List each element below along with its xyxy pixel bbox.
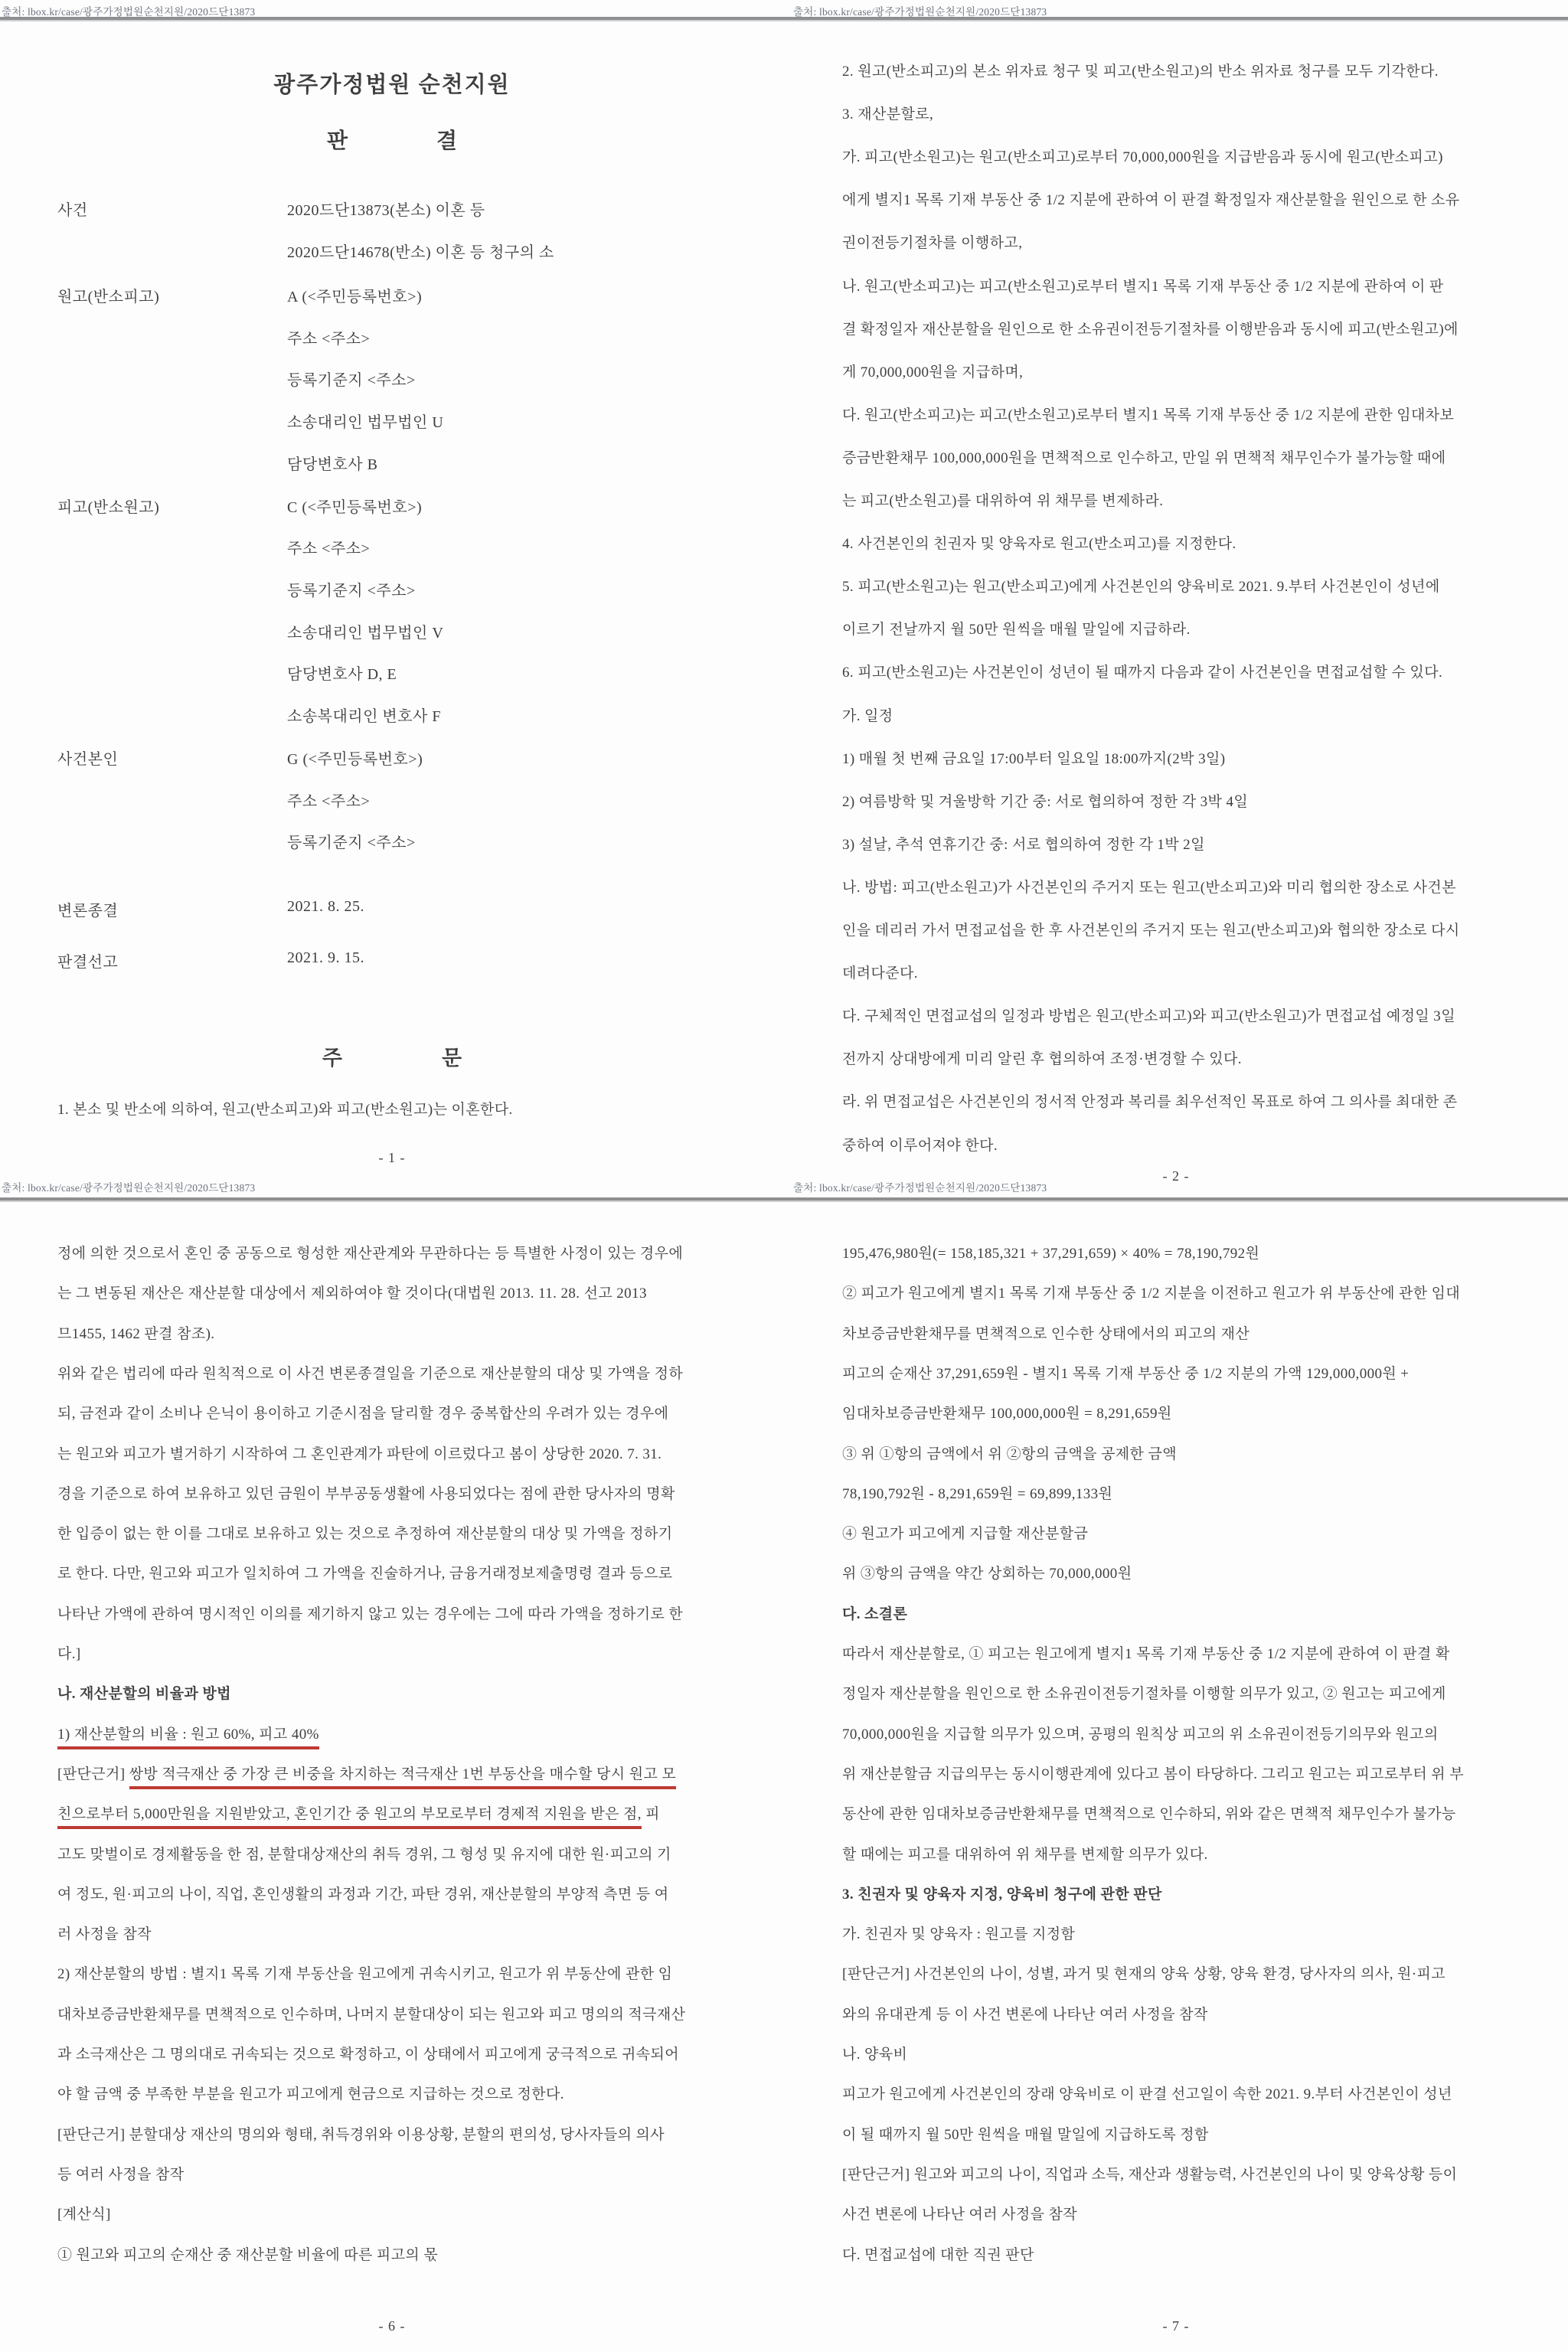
text-segment: 2) 재산분할의 방법 : 별지1 목록 기재 부동산을 원고에게 귀속시키고,… [57,1966,672,1982]
page-6-line-17: 여 정도, 원·피고의 나이, 직업, 혼인생활의 과정과 기간, 파탄 경위,… [57,1883,668,1903]
text-segment: ③ 위 ①항의 금액에서 위 ②항의 금액을 공제한 금액 [842,1446,1177,1462]
text-segment: [판단근거] 분할대상 재산의 명의와 형태, 취득경위와 이용상황, 분할의 … [57,2127,665,2143]
page-6-line-9: 로 한다. 다만, 원고와 피고가 일치하여 그 가액을 진술하거나, 금융거래… [57,1562,673,1583]
page-7-line-2: ② 피고가 원고에게 별지1 목록 기재 부동산 중 1/2 지분을 이전하고 … [842,1282,1460,1302]
page-6-line-15: 친으로부터 5,000만원을 지원받았고, 혼인기간 중 원고의 부모로부터 경… [57,1802,660,1823]
page-7-line-12: 정일자 재산분할을 원인으로 한 소유권이전등기절차를 이행할 의무가 있고, … [842,1682,1446,1703]
text-segment: 경을 기준으로 하여 보유하고 있던 금원이 부부공동생활에 사용되었다는 점에… [57,1486,675,1502]
page-7-line-4: 피고의 순재산 37,291,659원 - 별지1 목록 기재 부동산 중 1/… [842,1362,1409,1383]
page-number-6: - 6 - [0,2318,784,2334]
page-6-line-12: 나. 재산분할의 비율과 방법 [57,1682,231,1703]
page-6-line-7: 경을 기준으로 하여 보유하고 있던 금원이 부부공동생활에 사용되었다는 점에… [57,1482,675,1503]
text-segment: 3. 친권자 및 양육자 지정, 양육비 청구에 관한 판단 [842,1886,1162,1903]
text-segment: 피 [642,1806,660,1822]
page-7-line-5: 임대차보증금반환채무 100,000,000원 = 8,291,659원 [842,1402,1172,1423]
page-6-line-10: 나타난 가액에 관하여 명시적인 이의를 제기하지 않고 있는 경우에는 그에 … [57,1602,683,1623]
page-6-line-11: 다.] [57,1642,81,1663]
page-6-line-22: 야 할 금액 중 부족한 부분을 원고가 피고에게 현금으로 지급하는 것으로 … [57,2082,564,2103]
text-segment: [판단근거] 사건본인의 나이, 성별, 과거 및 현재의 양육 상황, 양육 … [842,1966,1445,1982]
page-6-line-23: [판단근거] 분할대상 재산의 명의와 형태, 취득경위와 이용상황, 분할의 … [57,2123,665,2144]
page-7-line-14: 위 재산분할금 지급의무는 동시이행관계에 있다고 봄이 타당하다. 그리고 원… [842,1762,1464,1783]
page-6-line-4: 위와 같은 법리에 따라 원칙적으로 이 사건 변론종결일을 기준으로 재산분할… [57,1362,683,1383]
text-segment: 나. 재산분할의 비율과 방법 [57,1686,231,1702]
text-segment: ④ 원고가 피고에게 지급할 재산분할금 [842,1526,1088,1542]
page-7-line-19: [판단근거] 사건본인의 나이, 성별, 과거 및 현재의 양육 상황, 양육 … [842,1962,1445,1983]
page-6-line-21: 과 소극재산은 그 명의대로 귀속되는 것으로 확정하고, 이 상태에서 피고에… [57,2043,679,2063]
page-7-line-26: 다. 면접교섭에 대한 직권 판단 [842,2243,1034,2264]
text-segment: 사건 변론에 나타난 여러 사정을 참작 [842,2207,1077,2223]
text-segment: [판단근거] 원고와 피고의 나이, 직업과 소득, 재산과 생활능력, 사건본… [842,2167,1457,2183]
text-segment: 과 소극재산은 그 명의대로 귀속되는 것으로 확정하고, 이 상태에서 피고에… [57,2047,679,2063]
text-segment: 위와 같은 법리에 따라 원칙적으로 이 사건 변론종결일을 기준으로 재산분할… [57,1366,683,1382]
page-6-line-26: ① 원고와 피고의 순재산 중 재산분할 비율에 따른 피고의 몫 [57,2243,438,2264]
text-segment: 다. 면접교섭에 대한 직권 판단 [842,2247,1034,2263]
text-segment: 다.] [57,1646,81,1662]
page-6-line-25: [계산식] [57,2203,111,2223]
page-6-line-1: 정에 의한 것으로서 혼인 중 공동으로 형성한 재산관계와 무관하다는 등 특… [57,1242,683,1263]
text-segment: 여 정도, 원·피고의 나이, 직업, 혼인생활의 과정과 기간, 파탄 경위,… [57,1886,668,1903]
text-segment: 고도 맞벌이로 경제활동을 한 점, 분할대상재산의 취득 경위, 그 형성 및… [57,1847,671,1863]
page-7-line-17: 3. 친권자 및 양육자 지정, 양육비 청구에 관한 판단 [842,1883,1162,1903]
page-number-7: - 7 - [784,2318,1568,2334]
page-7: 195,476,980원(= 158,185,321 + 37,291,659)… [784,0,1568,2352]
red-underline-highlight: 쌍방 적극재산 중 가장 큰 비중을 차지하는 적극재산 1번 부동산을 매수할… [129,1766,677,1789]
text-segment: [계산식] [57,2207,111,2223]
text-segment: 나타난 가액에 관하여 명시적인 이의를 제기하지 않고 있는 경우에는 그에 … [57,1606,683,1622]
page-7-line-15: 동산에 관한 임대차보증금반환채무를 면책적으로 인수하되, 위와 같은 면책적… [842,1802,1456,1823]
text-segment: 등 여러 사정을 참작 [57,2167,184,2183]
text-segment: 대차보증금반환채무를 면책적으로 인수하며, 나머지 분할대상이 되는 원고와 … [57,2007,685,2023]
text-segment: 70,000,000원을 지급할 의무가 있으며, 공평의 원칙상 피고의 위 … [842,1726,1439,1743]
page-6-line-20: 대차보증금반환채무를 면책적으로 인수하며, 나머지 분할대상이 되는 원고와 … [57,2003,685,2024]
page-6-line-5: 되, 금전과 같이 소비나 은닉이 용이하고 기준시점을 달리할 경우 중복합산… [57,1402,668,1423]
text-segment: 가. 친권자 및 양육자 : 원고를 지정함 [842,1926,1075,1942]
page-6: 정에 의한 것으로서 혼인 중 공동으로 형성한 재산관계와 무관하다는 등 특… [0,0,784,2352]
text-segment: 와의 유대관계 등 이 사건 변론에 나타난 여러 사정을 참작 [842,2007,1208,2023]
text-segment: 위 ③항의 금액을 약간 상회하는 70,000,000원 [842,1566,1132,1582]
page-6-line-24: 등 여러 사정을 참작 [57,2163,184,2184]
red-underline-highlight: 친으로부터 5,000만원을 지원받았고, 혼인기간 중 원고의 부모로부터 경… [57,1806,642,1829]
text-segment: 정에 의한 것으로서 혼인 중 공동으로 형성한 재산관계와 무관하다는 등 특… [57,1246,683,1262]
page-7-line-9: 위 ③항의 금액을 약간 상회하는 70,000,000원 [842,1562,1132,1583]
page-6-line-14: [판단근거] 쌍방 적극재산 중 가장 큰 비중을 차지하는 적극재산 1번 부… [57,1762,676,1783]
page-7-line-22: 피고가 원고에게 사건본인의 장래 양육비로 이 판결 선고일이 속한 2021… [842,2082,1452,2103]
text-segment: ① 원고와 피고의 순재산 중 재산분할 비율에 따른 피고의 몫 [57,2247,438,2263]
text-segment: 로 한다. 다만, 원고와 피고가 일치하여 그 가액을 진술하거나, 금융거래… [57,1566,673,1582]
page-6-line-13: 1) 재산분할의 비율 : 원고 60%, 피고 40% [57,1723,319,1743]
text-segment: 다. 소결론 [842,1606,907,1622]
page-7-line-25: 사건 변론에 나타난 여러 사정을 참작 [842,2203,1077,2223]
page-7-line-20: 와의 유대관계 등 이 사건 변론에 나타난 여러 사정을 참작 [842,2003,1208,2024]
text-segment: 피고의 순재산 37,291,659원 - 별지1 목록 기재 부동산 중 1/… [842,1366,1409,1382]
text-segment: ② 피고가 원고에게 별지1 목록 기재 부동산 중 1/2 지분을 이전하고 … [842,1285,1460,1302]
page-7-line-21: 나. 양육비 [842,2043,907,2063]
text-segment: 차보증금반환채무를 면책적으로 인수한 상태에서의 피고의 재산 [842,1326,1249,1342]
text-segment: 야 할 금액 중 부족한 부분을 원고가 피고에게 현금으로 지급하는 것으로 … [57,2086,564,2102]
text-segment: 는 그 변동된 재산은 재산분할 대상에서 제외하여야 할 것이다(대법원 20… [57,1285,647,1302]
page-7-line-10: 다. 소결론 [842,1602,907,1623]
text-segment: 이 될 때까지 월 50만 원씩을 매월 말일에 지급하도록 정함 [842,2127,1209,2143]
page-7-line-11: 따라서 재산분할로, ① 피고는 원고에게 별지1 목록 기재 부동산 중 1/… [842,1642,1450,1663]
page-6-line-19: 2) 재산분할의 방법 : 별지1 목록 기재 부동산을 원고에게 귀속시키고,… [57,1962,672,1983]
text-segment: [판단근거] [57,1766,129,1782]
text-segment: 195,476,980원(= 158,185,321 + 37,291,659)… [842,1246,1259,1262]
text-segment: 임대차보증금반환채무 100,000,000원 = 8,291,659원 [842,1406,1172,1422]
page-6-line-3: 므1455, 1462 판결 참조). [57,1322,214,1343]
page-7-line-16: 할 때에는 피고를 대위하여 위 채무를 변제할 의무가 있다. [842,1843,1208,1864]
text-segment: 위 재산분할금 지급의무는 동시이행관계에 있다고 봄이 타당하다. 그리고 원… [842,1766,1464,1782]
court-judgment-screenshot: 출처: lbox.kr/case/광주가정법원순천지원/2020드단13873 … [0,0,1568,2352]
text-segment: 피고가 원고에게 사건본인의 장래 양육비로 이 판결 선고일이 속한 2021… [842,2086,1452,2102]
page-6-line-6: 는 원고와 피고가 별거하기 시작하여 그 혼인관계가 파탄에 이르렀다고 봄이… [57,1442,661,1463]
page-6-line-16: 고도 맞벌이로 경제활동을 한 점, 분할대상재산의 취득 경위, 그 형성 및… [57,1843,671,1864]
text-segment: 한 입증이 없는 한 이를 그대로 보유하고 있는 것으로 추정하여 재산분할의… [57,1526,673,1542]
page-6-line-8: 한 입증이 없는 한 이를 그대로 보유하고 있는 것으로 추정하여 재산분할의… [57,1522,673,1543]
text-segment: 므1455, 1462 판결 참조). [57,1326,214,1342]
red-underline-highlight: 1) 재산분할의 비율 : 원고 60%, 피고 40% [57,1726,319,1749]
page-7-line-6: ③ 위 ①항의 금액에서 위 ②항의 금액을 공제한 금액 [842,1442,1177,1463]
page-7-line-7: 78,190,792원 - 8,291,659원 = 69,899,133원 [842,1482,1112,1503]
text-segment: 할 때에는 피고를 대위하여 위 채무를 변제할 의무가 있다. [842,1847,1208,1863]
text-segment: 는 원고와 피고가 별거하기 시작하여 그 혼인관계가 파탄에 이르렀다고 봄이… [57,1446,661,1462]
page-6-line-2: 는 그 변동된 재산은 재산분할 대상에서 제외하여야 할 것이다(대법원 20… [57,1282,647,1302]
text-segment: 정일자 재산분할을 원인으로 한 소유권이전등기절차를 이행할 의무가 있고, … [842,1686,1446,1702]
page-7-line-18: 가. 친권자 및 양육자 : 원고를 지정함 [842,1922,1075,1943]
page-7-line-13: 70,000,000원을 지급할 의무가 있으며, 공평의 원칙상 피고의 위 … [842,1723,1439,1743]
text-segment: 러 사정을 참작 [57,1926,152,1942]
text-segment: 동산에 관한 임대차보증금반환채무를 면책적으로 인수하되, 위와 같은 면책적… [842,1806,1456,1822]
page-7-line-8: ④ 원고가 피고에게 지급할 재산분할금 [842,1522,1088,1543]
text-segment: 나. 양육비 [842,2047,907,2063]
page-7-line-23: 이 될 때까지 월 50만 원씩을 매월 말일에 지급하도록 정함 [842,2123,1209,2144]
page-7-line-1: 195,476,980원(= 158,185,321 + 37,291,659)… [842,1242,1259,1263]
text-segment: 78,190,792원 - 8,291,659원 = 69,899,133원 [842,1486,1112,1502]
text-segment: 따라서 재산분할로, ① 피고는 원고에게 별지1 목록 기재 부동산 중 1/… [842,1646,1450,1662]
page-7-line-3: 차보증금반환채무를 면책적으로 인수한 상태에서의 피고의 재산 [842,1322,1249,1343]
page-6-line-18: 러 사정을 참작 [57,1922,152,1943]
page-7-line-24: [판단근거] 원고와 피고의 나이, 직업과 소득, 재산과 생활능력, 사건본… [842,2163,1457,2184]
text-segment: 되, 금전과 같이 소비나 은닉이 용이하고 기준시점을 달리할 경우 중복합산… [57,1406,668,1422]
